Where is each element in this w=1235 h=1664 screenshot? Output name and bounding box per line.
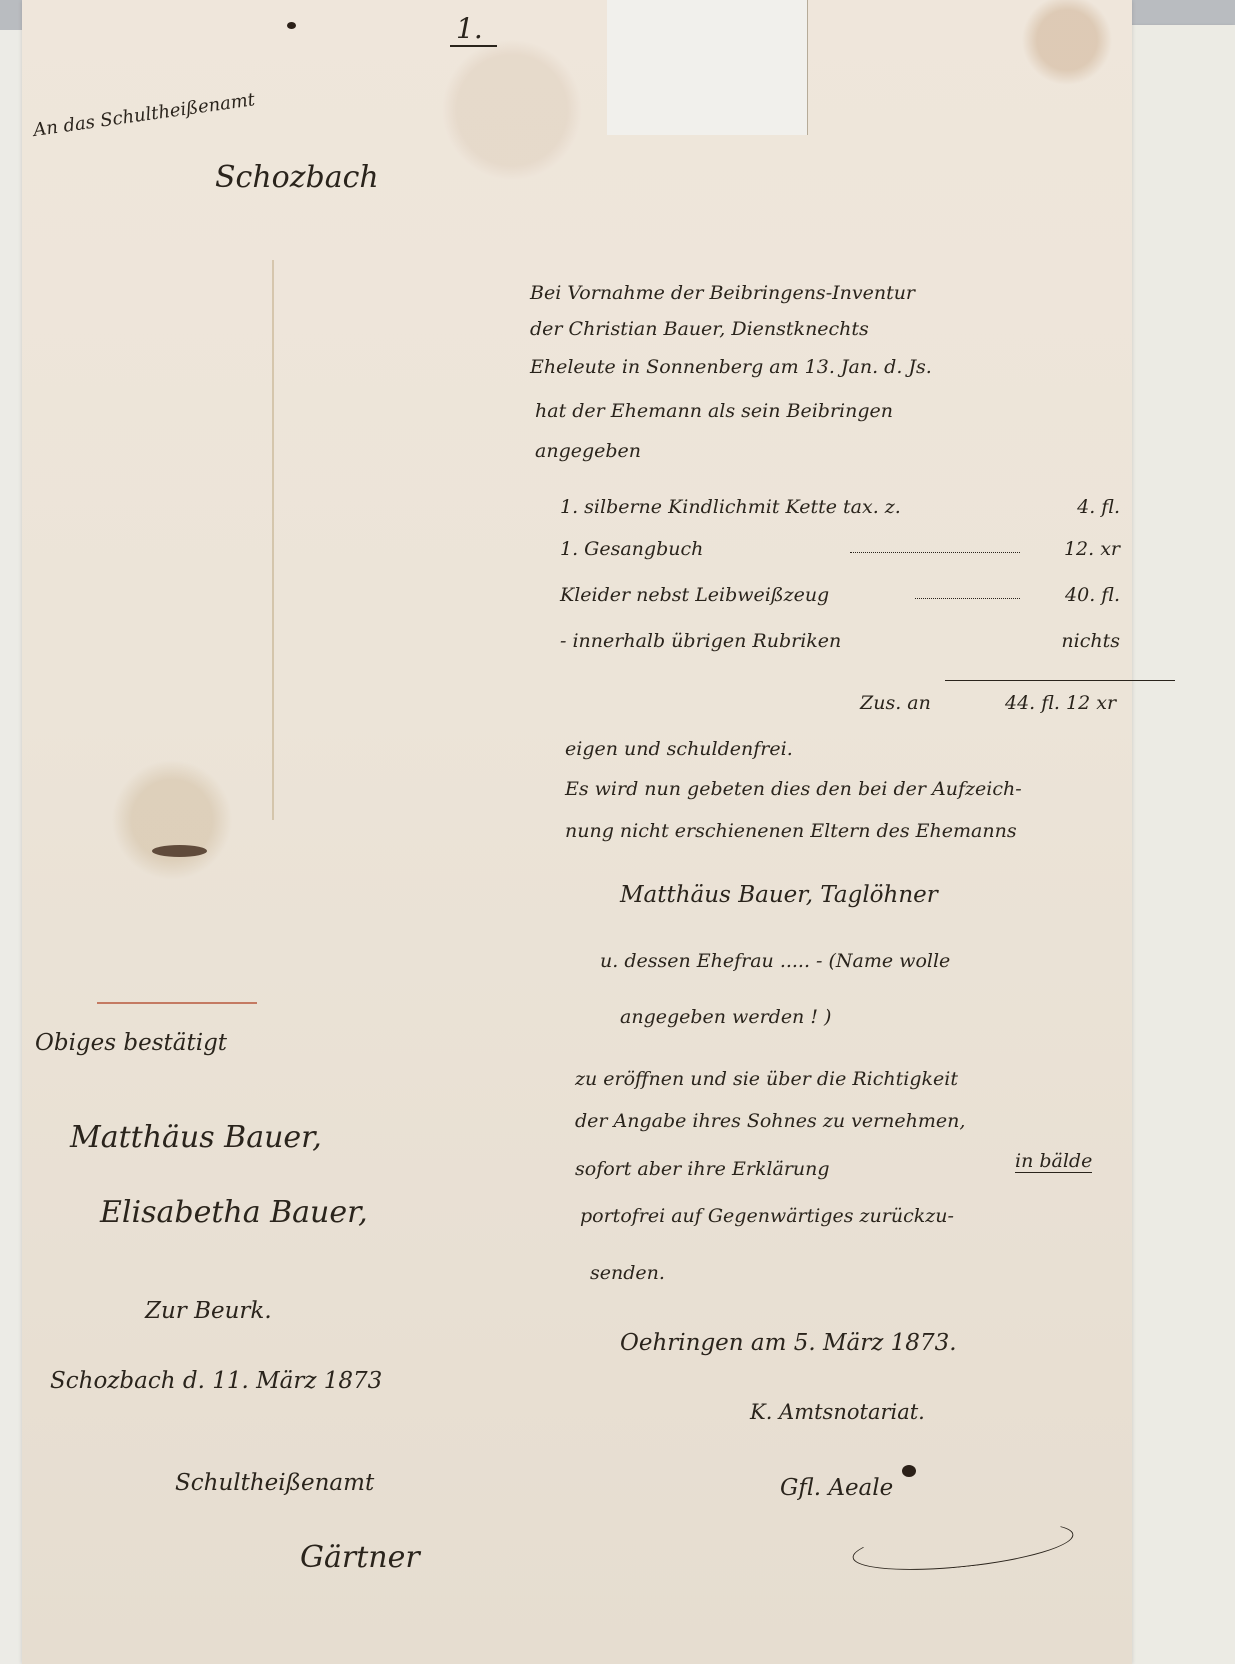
inventory-item: 1. silberne Kindlichmit Kette tax. z. 4.… [560,496,1120,524]
sum-rule [945,680,1175,681]
total-label: Zus. an [860,692,931,714]
paper-cutout [607,0,808,135]
ink-blot [152,845,207,857]
zur-beurk: Zur Beurk. [145,1298,272,1324]
continuation-line: eigen und schuldenfrei. [565,738,793,760]
continuation-line: angegeben werden ! ) [620,1006,831,1028]
red-pencil-mark [97,1002,257,1004]
place-date-left: Schozbach d. 11. März 1873 [50,1368,382,1394]
item-description: 1. Gesangbuch [560,538,703,560]
page-number: 1. [450,12,497,47]
main-text-line-2: der Christian Bauer, Dienstknechts [530,318,869,340]
main-text-line-3: Eheleute in Sonnenberg am 13. Jan. d. Js… [530,356,932,378]
signature-schultheiss: Gärtner [300,1540,420,1575]
inventory-item: - innerhalb übrigen Rubriken nichts [560,630,1120,658]
continuation-line: senden. [590,1262,665,1284]
continuation-line: der Angabe ihres Sohnes zu vernehmen, [575,1110,965,1132]
item-description: 1. silberne Kindlichmit Kette tax. z. [560,496,901,518]
continuation-line: Es wird nun gebeten dies den bei der Auf… [565,778,1022,800]
item-amount: 4. fl. [1077,496,1120,518]
main-text-line-1: Bei Vornahme der Beibringens-Inventur [530,282,915,304]
addressee-place: Schozbach [215,160,379,195]
continuation-line: sofort aber ihre Erklärung [575,1158,830,1180]
continuation-underlined: in bälde [1015,1150,1092,1173]
continuation-line: nung nicht erschienenen Eltern des Ehema… [565,820,1017,842]
fold-line [272,260,274,820]
leader-dots [850,552,1020,553]
main-text-line-5: angegeben [535,440,641,462]
signatory-2: Elisabetha Bauer, [100,1195,368,1230]
continuation-line: u. dessen Ehefrau ..... - (Name wolle [600,950,950,972]
office-left: Schultheißenamt [175,1470,374,1496]
signatory-1: Matthäus Bauer, [70,1120,322,1155]
continuation-line: portofrei auf Gegenwärtiges zurückzu- [580,1205,954,1227]
ink-dot [287,22,296,29]
continuation-line: zu eröffnen und sie über die Richtigkeit [575,1068,958,1090]
inventory-item: Kleider nebst Leibweißzeug 40. fl. [560,584,1120,612]
item-amount: nichts [1061,630,1120,652]
ink-dot [902,1465,916,1477]
item-amount: 12. xr [1064,538,1120,560]
leader-dots [915,598,1020,599]
item-amount: 40. fl. [1065,584,1120,606]
total-amount: 44. fl. 12 xr [1005,692,1116,714]
signature-notary: Gfl. Aeale [780,1475,893,1501]
item-description: - innerhalb übrigen Rubriken [560,630,841,652]
item-description: Kleider nebst Leibweißzeug [560,584,829,606]
inventory-item: 1. Gesangbuch 12. xr [560,538,1120,566]
main-text-line-4: hat der Ehemann als sein Beibringen [535,400,893,422]
confirmation-text: Obiges bestätigt [35,1030,227,1056]
continuation-line: Matthäus Bauer, Taglöhner [620,882,938,908]
dateline: Oehringen am 5. März 1873. [620,1330,957,1356]
signature-flourish [850,1514,1075,1579]
office-name: K. Amtsnotariat. [750,1400,925,1424]
